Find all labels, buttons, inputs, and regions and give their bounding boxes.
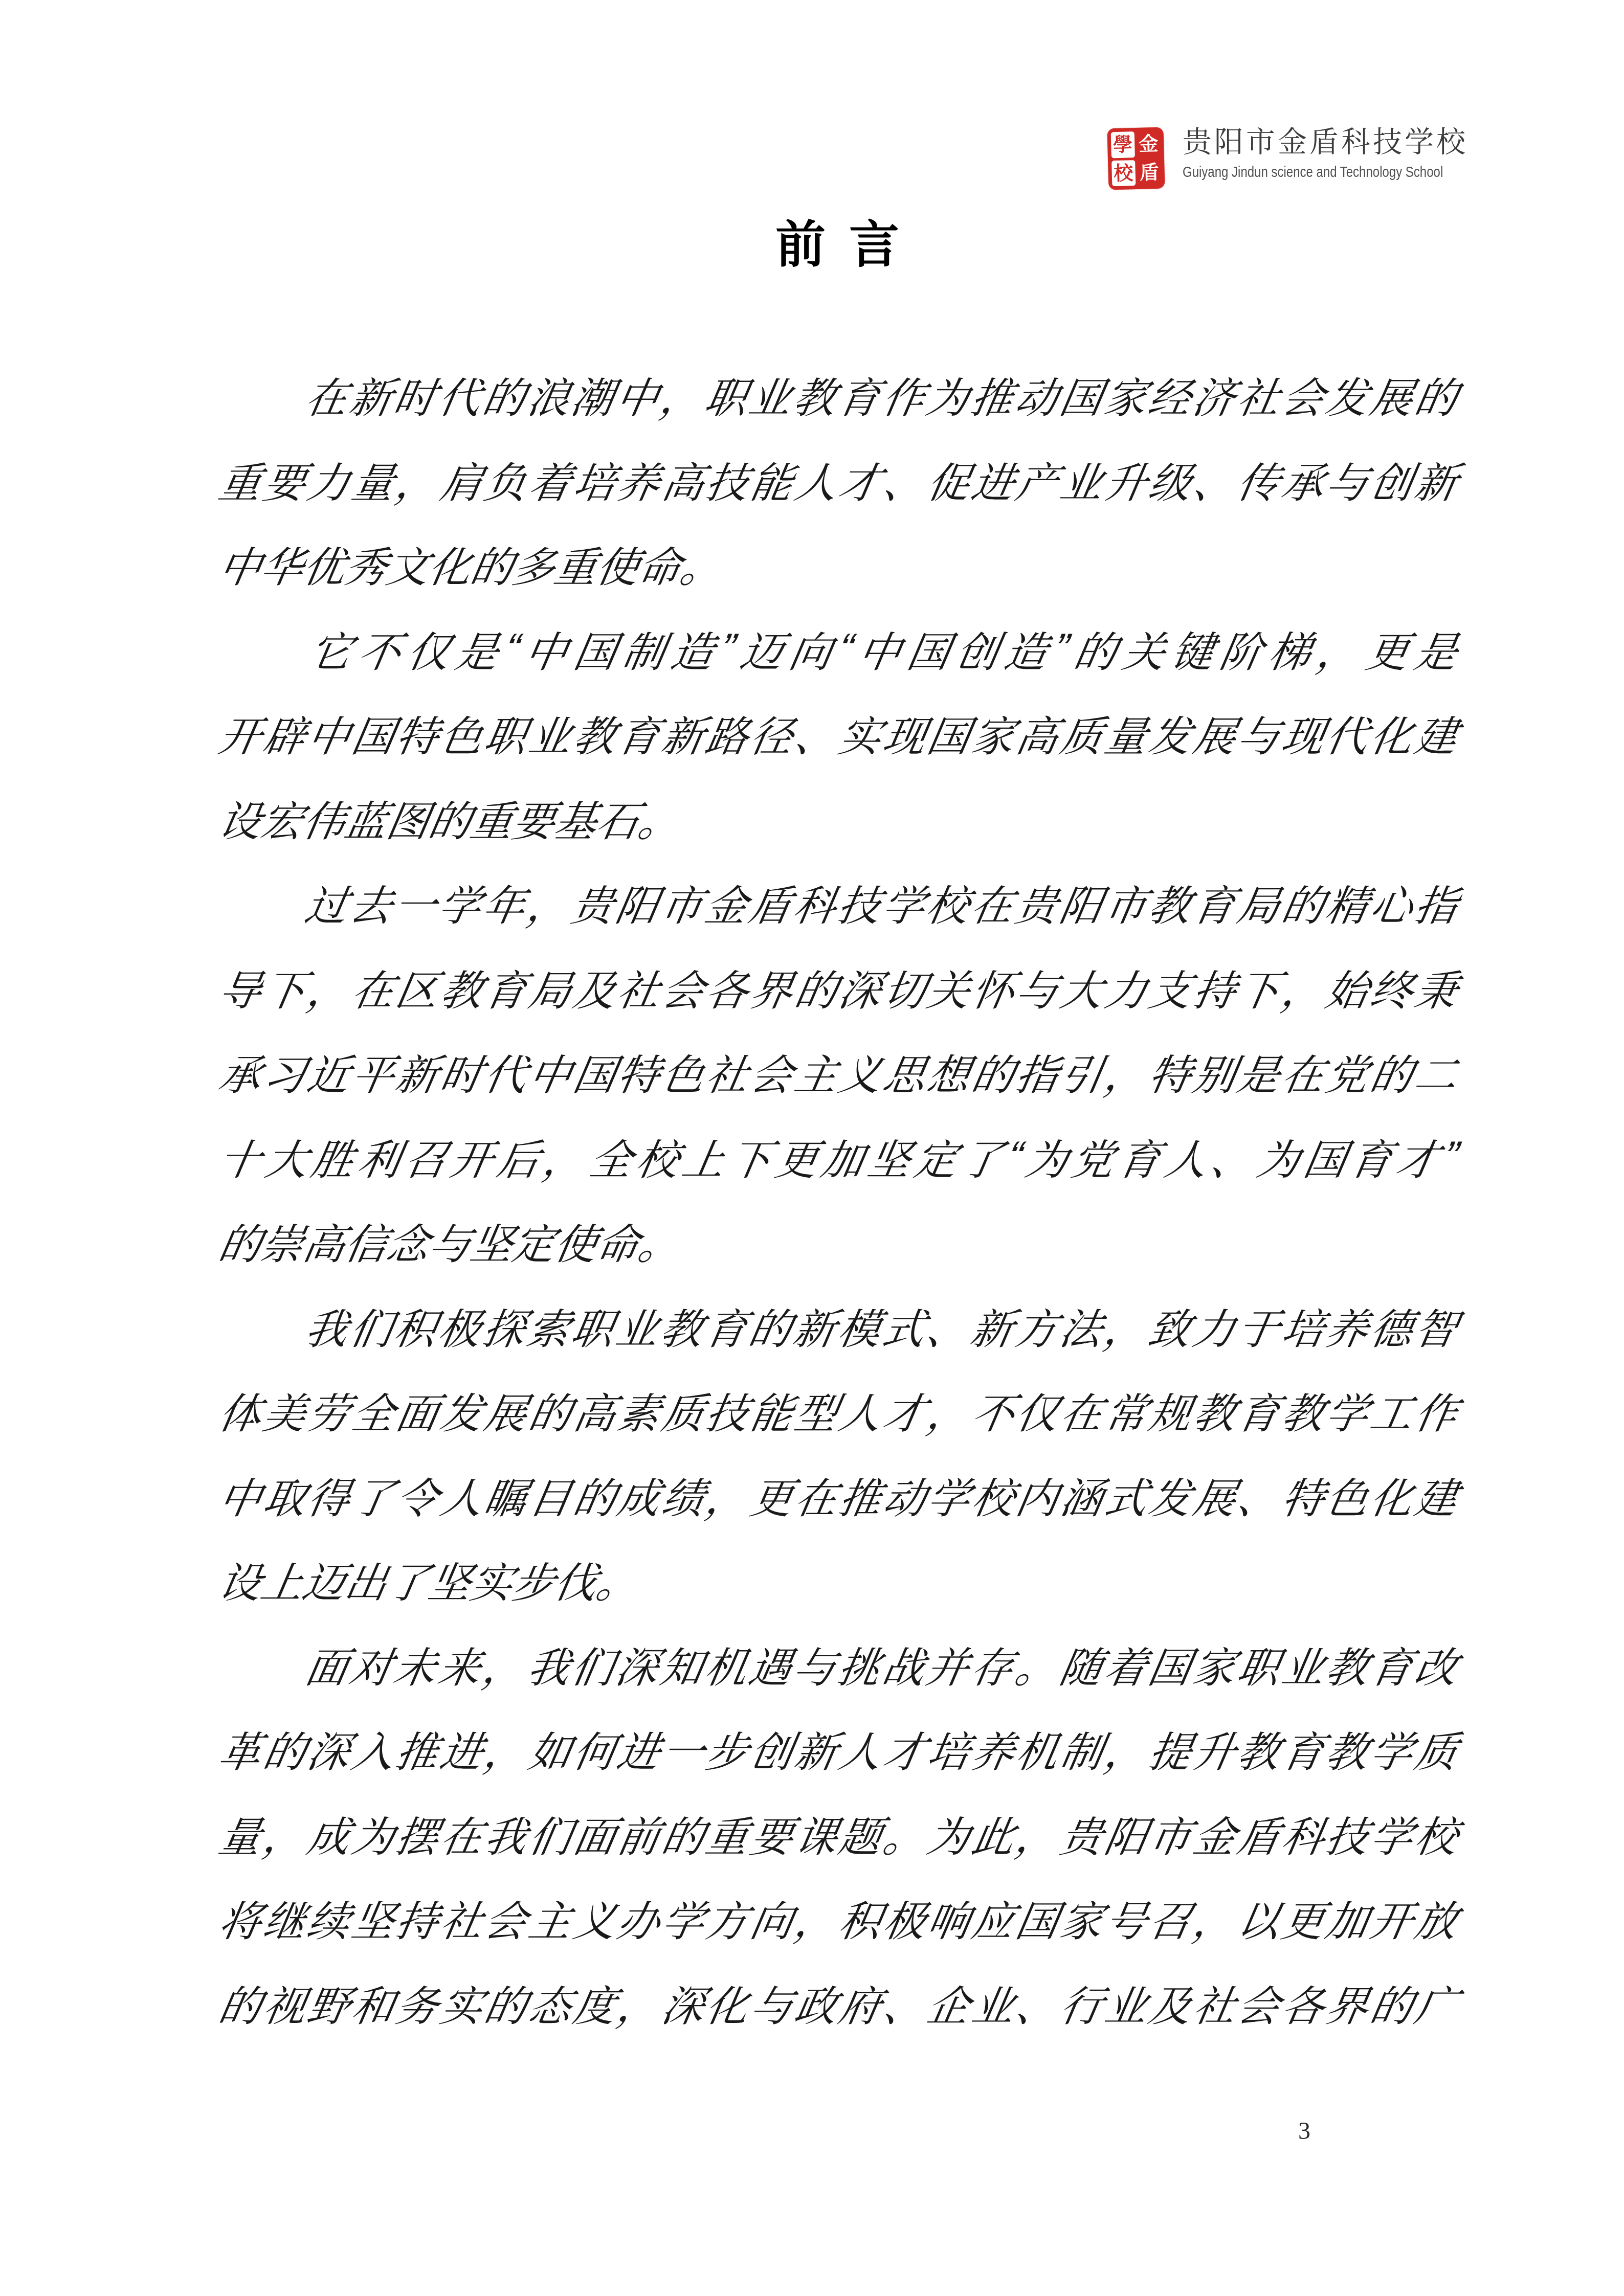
body-line: 承习近平新时代中国特色社会主义思想的指引，特别是在党的二 xyxy=(220,1030,1458,1115)
body-line: 面对未来，我们深知机遇与挑战并存。随着国家职业教育改 xyxy=(220,1623,1458,1707)
seal-char: 校 xyxy=(1111,160,1136,187)
seal-char: 盾 xyxy=(1138,159,1162,186)
body-line: 导下，在区教育局及社会各界的深切关怀与大力支持下，始终秉 xyxy=(220,946,1458,1030)
page-number: 3 xyxy=(1228,2117,1381,2145)
body-line: 设宏伟蓝图的重要基石。 xyxy=(220,776,1458,861)
page-title: 前 言 xyxy=(220,205,1458,277)
body-line: 中取得了令人瞩目的成绩，更在推动学校内涵式发展、特色化建 xyxy=(220,1453,1458,1538)
body-text: 在新时代的浪潮中，职业教育作为推动国家经济社会发展的重要力量，肩负着培养高技能人… xyxy=(220,353,1458,2045)
seal-char: 學 xyxy=(1111,131,1135,158)
body-line: 重要力量，肩负着培养高技能人才、促进产业升级、传承与创新 xyxy=(220,438,1458,523)
body-line: 体美劳全面发展的高素质技能型人才，不仅在常规教育教学工作 xyxy=(220,1368,1458,1453)
body-line: 开辟中国特色职业教育新路径、实现国家高质量发展与现代化建 xyxy=(220,691,1458,776)
seal-char: 金 xyxy=(1137,131,1161,157)
body-line: 的视野和务实的态度，深化与政府、企业、行业及社会各界的广 xyxy=(220,1961,1458,2046)
body-line: 的崇高信念与坚定使命。 xyxy=(220,1199,1458,1284)
body-line: 在新时代的浪潮中，职业教育作为推动国家经济社会发展的 xyxy=(220,353,1458,438)
school-name-chinese: 贵阳市金盾科技学校 xyxy=(1183,119,1468,161)
body-line: 量，成为摆在我们面前的重要课题。为此，贵阳市金盾科技学校 xyxy=(220,1792,1458,1877)
body-line: 革的深入推进，如何进一步创新人才培养机制，提升教育教学质 xyxy=(220,1707,1458,1792)
body-line: 我们积极探索职业教育的新模式、新方法，致力于培养德智 xyxy=(220,1284,1458,1369)
body-line: 十大胜利召开后，全校上下更加坚定了“为党育人、为国育才” xyxy=(220,1115,1458,1200)
body-line: 它不仅是“中国制造”迈向“中国创造”的关键阶梯，更是 xyxy=(220,607,1458,692)
document-page: 學 金 校 盾 贵阳市金盾科技学校 Guiyang Jindun science… xyxy=(0,0,1624,2296)
school-seal-logo-icon: 學 金 校 盾 xyxy=(1107,127,1165,190)
body-line: 将继续坚持社会主义办学方向，积极响应国家号召，以更加开放 xyxy=(220,1876,1458,1961)
body-line: 设上迈出了坚实步伐。 xyxy=(220,1538,1458,1623)
body-line: 过去一学年，贵阳市金盾科技学校在贵阳市教育局的精心指 xyxy=(220,861,1458,946)
body-line: 中华优秀文化的多重使命。 xyxy=(220,522,1458,607)
school-name-english: Guiyang Jindun science and Technology Sc… xyxy=(1183,164,1443,181)
